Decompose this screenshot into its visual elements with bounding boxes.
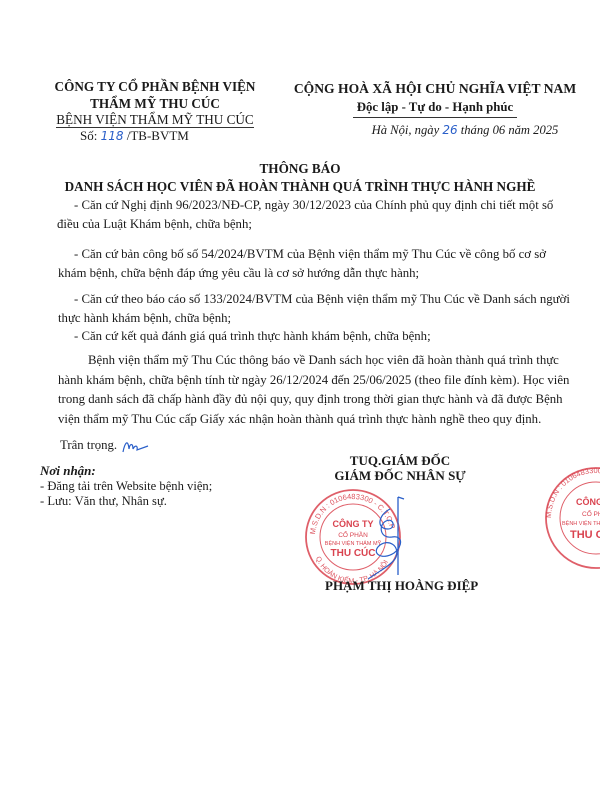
issuer-block: CÔNG TY CỔ PHẦN BỆNH VIỆN THẨM MỸ THU CÚ… [40, 78, 270, 144]
company-name-line2: THẨM MỸ THU CÚC [40, 95, 270, 112]
handwritten-number: 118 [101, 129, 124, 143]
closing-text: Trân trọng. [60, 437, 150, 455]
document-type: THÔNG BÁO [0, 160, 600, 178]
svg-text:CÔNG TY: CÔNG TY [576, 496, 600, 507]
legal-basis-2: - Căn cứ bản công bố số 54/2024/BVTM của… [58, 245, 578, 283]
initials-signature-icon [120, 437, 150, 455]
svg-text:THU CÚC: THU CÚC [570, 528, 600, 541]
document-title: THÔNG BÁO DANH SÁCH HỌC VIÊN ĐÃ HOÀN THÀ… [0, 160, 600, 196]
body-paragraph: Bệnh viện thẩm mỹ Thu Cúc thông báo về D… [58, 351, 578, 429]
nation-name: CỘNG HOÀ XÃ HỘI CHỦ NGHĨA VIỆT NAM [270, 80, 600, 98]
national-header: CỘNG HOÀ XÃ HỘI CHỦ NGHĨA VIỆT NAM Độc l… [270, 80, 600, 140]
partial-seal-icon: M.S.D.N : 0106483300 - C.T.C.P CÔNG TY C… [540, 463, 600, 573]
document-subject: DANH SÁCH HỌC VIÊN ĐÃ HOÀN THÀNH QUÁ TRÌ… [0, 178, 600, 196]
legal-basis-3: - Căn cứ theo báo cáo số 133/2024/BVTM c… [58, 290, 578, 328]
svg-text:BỆNH VIỆN THẨM MỸ: BỆNH VIỆN THẨM MỸ [562, 519, 600, 527]
legal-basis-4: - Căn cứ kết quả đánh giá quá trình thực… [58, 327, 578, 346]
hospital-name: BỆNH VIỆN THẨM MỸ THU CÚC [40, 112, 270, 128]
handwritten-day: 26 [442, 123, 457, 137]
signature-title: TUQ.GIÁM ĐỐC GIÁM ĐỐC NHÂN SỰ [310, 453, 490, 483]
issue-date: Hà Nội, ngày 26 tháng 06 năm 2025 [270, 120, 600, 140]
signer-name: PHẠM THỊ HOÀNG ĐIỆP [325, 578, 478, 594]
recipient-item: - Đăng tải trên Website bệnh viện; [40, 479, 212, 495]
recipients-label: Nơi nhận: [40, 463, 212, 479]
recipient-item: - Lưu: Văn thư, Nhân sự. [40, 494, 212, 510]
document-number: Số: 118 /TB-BVTM [40, 128, 270, 144]
company-name-line1: CÔNG TY CỔ PHẦN BỆNH VIỆN [40, 78, 270, 95]
svg-text:CỔ PHẦN: CỔ PHẦN [582, 508, 600, 518]
legal-basis-1: - Căn cứ Nghị định 96/2023/NĐ-CP, ngày 3… [60, 196, 580, 234]
director-signature-icon [360, 495, 420, 580]
recipients-block: Nơi nhận: - Đăng tải trên Website bệnh v… [40, 463, 212, 510]
national-motto: Độc lập - Tự do - Hạnh phúc [353, 98, 517, 118]
